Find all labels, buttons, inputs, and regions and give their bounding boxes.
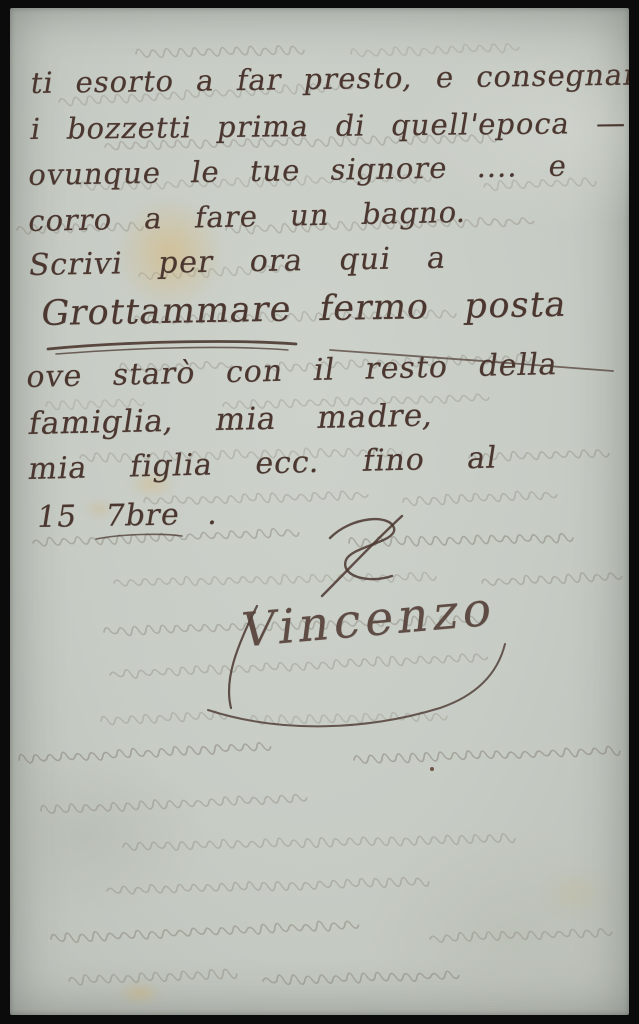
fermo-posta-label: fermo posta	[316, 285, 569, 329]
bleedthrough-stroke	[262, 970, 460, 985]
scan-frame: ti esorto a far presto, e consegnare i b…	[0, 0, 639, 1024]
letter-line-2: i bozzetti prima di quell'epoca —	[28, 106, 629, 146]
letter-line-text: ove starò con il resto della	[24, 347, 560, 395]
bleedthrough-stroke	[122, 833, 516, 851]
date-underline	[96, 534, 182, 539]
signature-flourish-cross	[322, 516, 402, 596]
bleedthrough-stroke	[402, 490, 558, 507]
letter-line-text: Scrivi per ora qui a	[26, 241, 449, 283]
signature-text: Vincenzo	[238, 581, 500, 659]
bleedthrough-stroke	[350, 42, 520, 58]
letter-line-4: corro a fare un bagno.	[26, 195, 470, 238]
bleedthrough-stroke	[348, 533, 574, 548]
letter-line-text: 15 7bre .	[34, 497, 222, 535]
bleedthrough-stroke	[109, 652, 489, 680]
letter-line-text: famiglia, mia madre,	[26, 397, 437, 442]
signature-flourish	[330, 519, 394, 579]
bleedthrough-stroke	[135, 45, 305, 58]
letter-line-8: famiglia, mia madre,	[26, 397, 437, 442]
letter-line-text: ovunque le tue signore .... e	[26, 149, 570, 192]
letter-line-5: Scrivi per ora qui a	[26, 241, 449, 283]
bleedthrough-stroke	[113, 572, 437, 588]
bleedthrough-stroke	[429, 927, 613, 943]
bleedthrough-stroke	[353, 746, 621, 764]
place-name-grottammare: Grottammare	[38, 290, 295, 334]
grottammare-underline	[48, 342, 296, 349]
bleedthrough-stroke	[250, 711, 448, 725]
letter-line-text: ti esorto a far presto, e consegnare	[28, 57, 629, 100]
letter-line-text: i bozzetti prima di quell'epoca —	[28, 106, 629, 146]
bleedthrough-stroke	[40, 793, 308, 815]
letter-page: ti esorto a far presto, e consegnare i b…	[10, 8, 629, 1015]
letter-line-7: ove starò con il resto della	[24, 347, 560, 395]
letter-line-text: mia figlia ecc. fino al	[26, 440, 500, 487]
bleedthrough-stroke	[481, 571, 623, 587]
letter-line-text: corro a fare un bagno.	[26, 195, 470, 238]
bleedthrough-stroke	[68, 969, 238, 986]
signature: Vincenzo	[238, 581, 500, 659]
bleedthrough-stroke	[100, 710, 228, 725]
letter-line-6: Grottammarefermo posta	[38, 285, 570, 334]
letter-line-10: 15 7bre .	[34, 497, 222, 535]
stain-bottom	[118, 982, 162, 1004]
bleedthrough-stroke	[50, 920, 360, 944]
grottammare-underline-2	[56, 347, 288, 354]
letter-line-1: ti esorto a far presto, e consegnare	[28, 57, 629, 100]
ink-speck	[430, 767, 434, 771]
bleedthrough-stroke	[18, 741, 272, 764]
letter-line-3: ovunque le tue signore .... e	[26, 149, 570, 192]
bleedthrough-stroke	[106, 877, 430, 896]
stain-right	[540, 868, 610, 918]
letter-line-9: mia figlia ecc. fino al	[26, 440, 500, 487]
